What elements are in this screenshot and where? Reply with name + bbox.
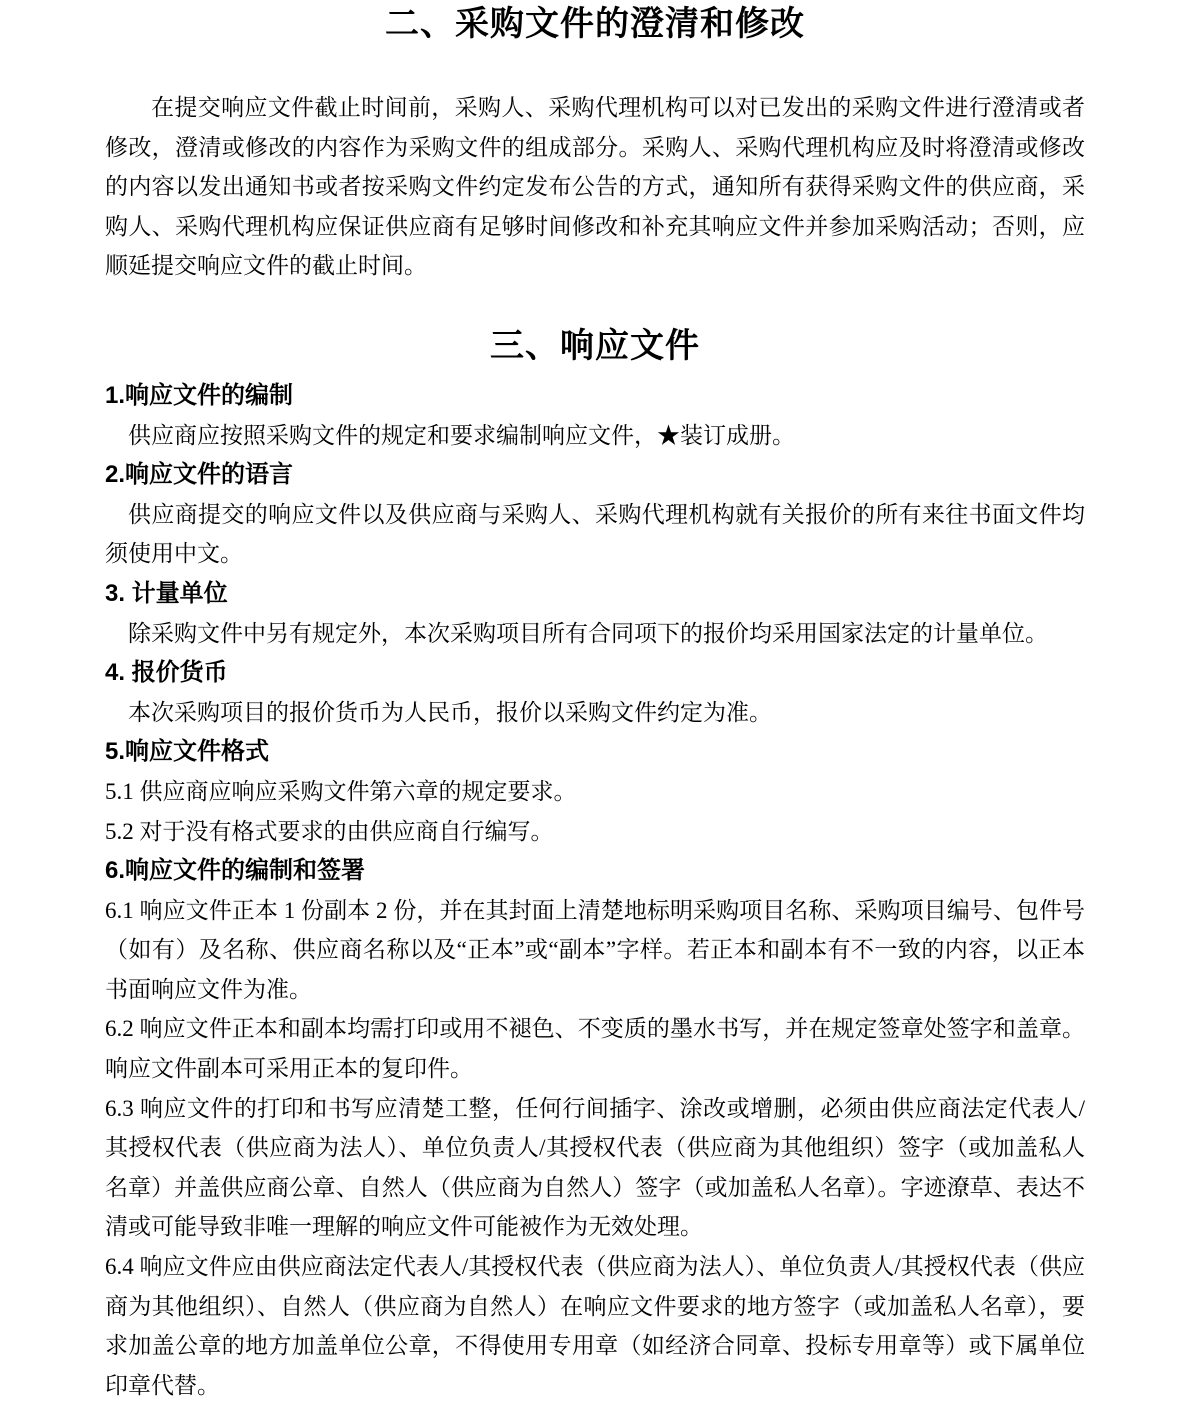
heading-response-file-preparation: 1.响应文件的编制 [105, 376, 1085, 416]
body-quotation-currency: 本次采购项目的报价货币为人民币，报价以采购文件约定为准。 [105, 693, 1085, 733]
response-sections: 1.响应文件的编制 供应商应按照采购文件的规定和要求编制响应文件，★装订成册。 … [105, 376, 1085, 1405]
heading-measurement-unit: 3. 计量单位 [105, 574, 1085, 614]
body-clause-5-1: 5.1 供应商应响应采购文件第六章的规定要求。 [105, 772, 1085, 812]
body-clause-6-4: 6.4 响应文件应由供应商法定代表人/其授权代表（供应商为法人）、单位负责人/其… [105, 1247, 1085, 1405]
body-clause-6-1: 6.1 响应文件正本 1 份副本 2 份，并在其封面上清楚地标明采购项目名称、采… [105, 891, 1085, 1010]
body-clause-6-3: 6.3 响应文件的打印和书写应清楚工整，任何行间插字、涂改或增删，必须由供应商法… [105, 1089, 1085, 1247]
heading-quotation-currency: 4. 报价货币 [105, 653, 1085, 693]
heading-response-file-format: 5.响应文件格式 [105, 732, 1085, 772]
body-response-file-language: 供应商提交的响应文件以及供应商与采购人、采购代理机构就有关报价的所有来往书面文件… [105, 495, 1085, 574]
body-measurement-unit: 除采购文件中另有规定外，本次采购项目所有合同项下的报价均采用国家法定的计量单位。 [105, 614, 1085, 654]
title-clarification-and-modification: 二、采购文件的澄清和修改 [105, 0, 1085, 46]
document-page: 二、采购文件的澄清和修改 在提交响应文件截止时间前，采购人、采购代理机构可以对已… [0, 0, 1190, 1418]
body-response-file-preparation: 供应商应按照采购文件的规定和要求编制响应文件，★装订成册。 [105, 416, 1085, 456]
heading-preparation-and-signing: 6.响应文件的编制和签署 [105, 851, 1085, 891]
body-clause-6-2: 6.2 响应文件正本和副本均需打印或用不褪色、不变质的墨水书写，并在规定签章处签… [105, 1009, 1085, 1088]
document-body: 二、采购文件的澄清和修改 在提交响应文件截止时间前，采购人、采购代理机构可以对已… [105, 0, 1085, 1405]
heading-response-file-language: 2.响应文件的语言 [105, 455, 1085, 495]
body-clause-5-2: 5.2 对于没有格式要求的由供应商自行编写。 [105, 812, 1085, 852]
title-response-documents: 三、响应文件 [105, 324, 1085, 368]
clarification-paragraph: 在提交响应文件截止时间前，采购人、采购代理机构可以对已发出的采购文件进行澄清或者… [105, 88, 1085, 286]
